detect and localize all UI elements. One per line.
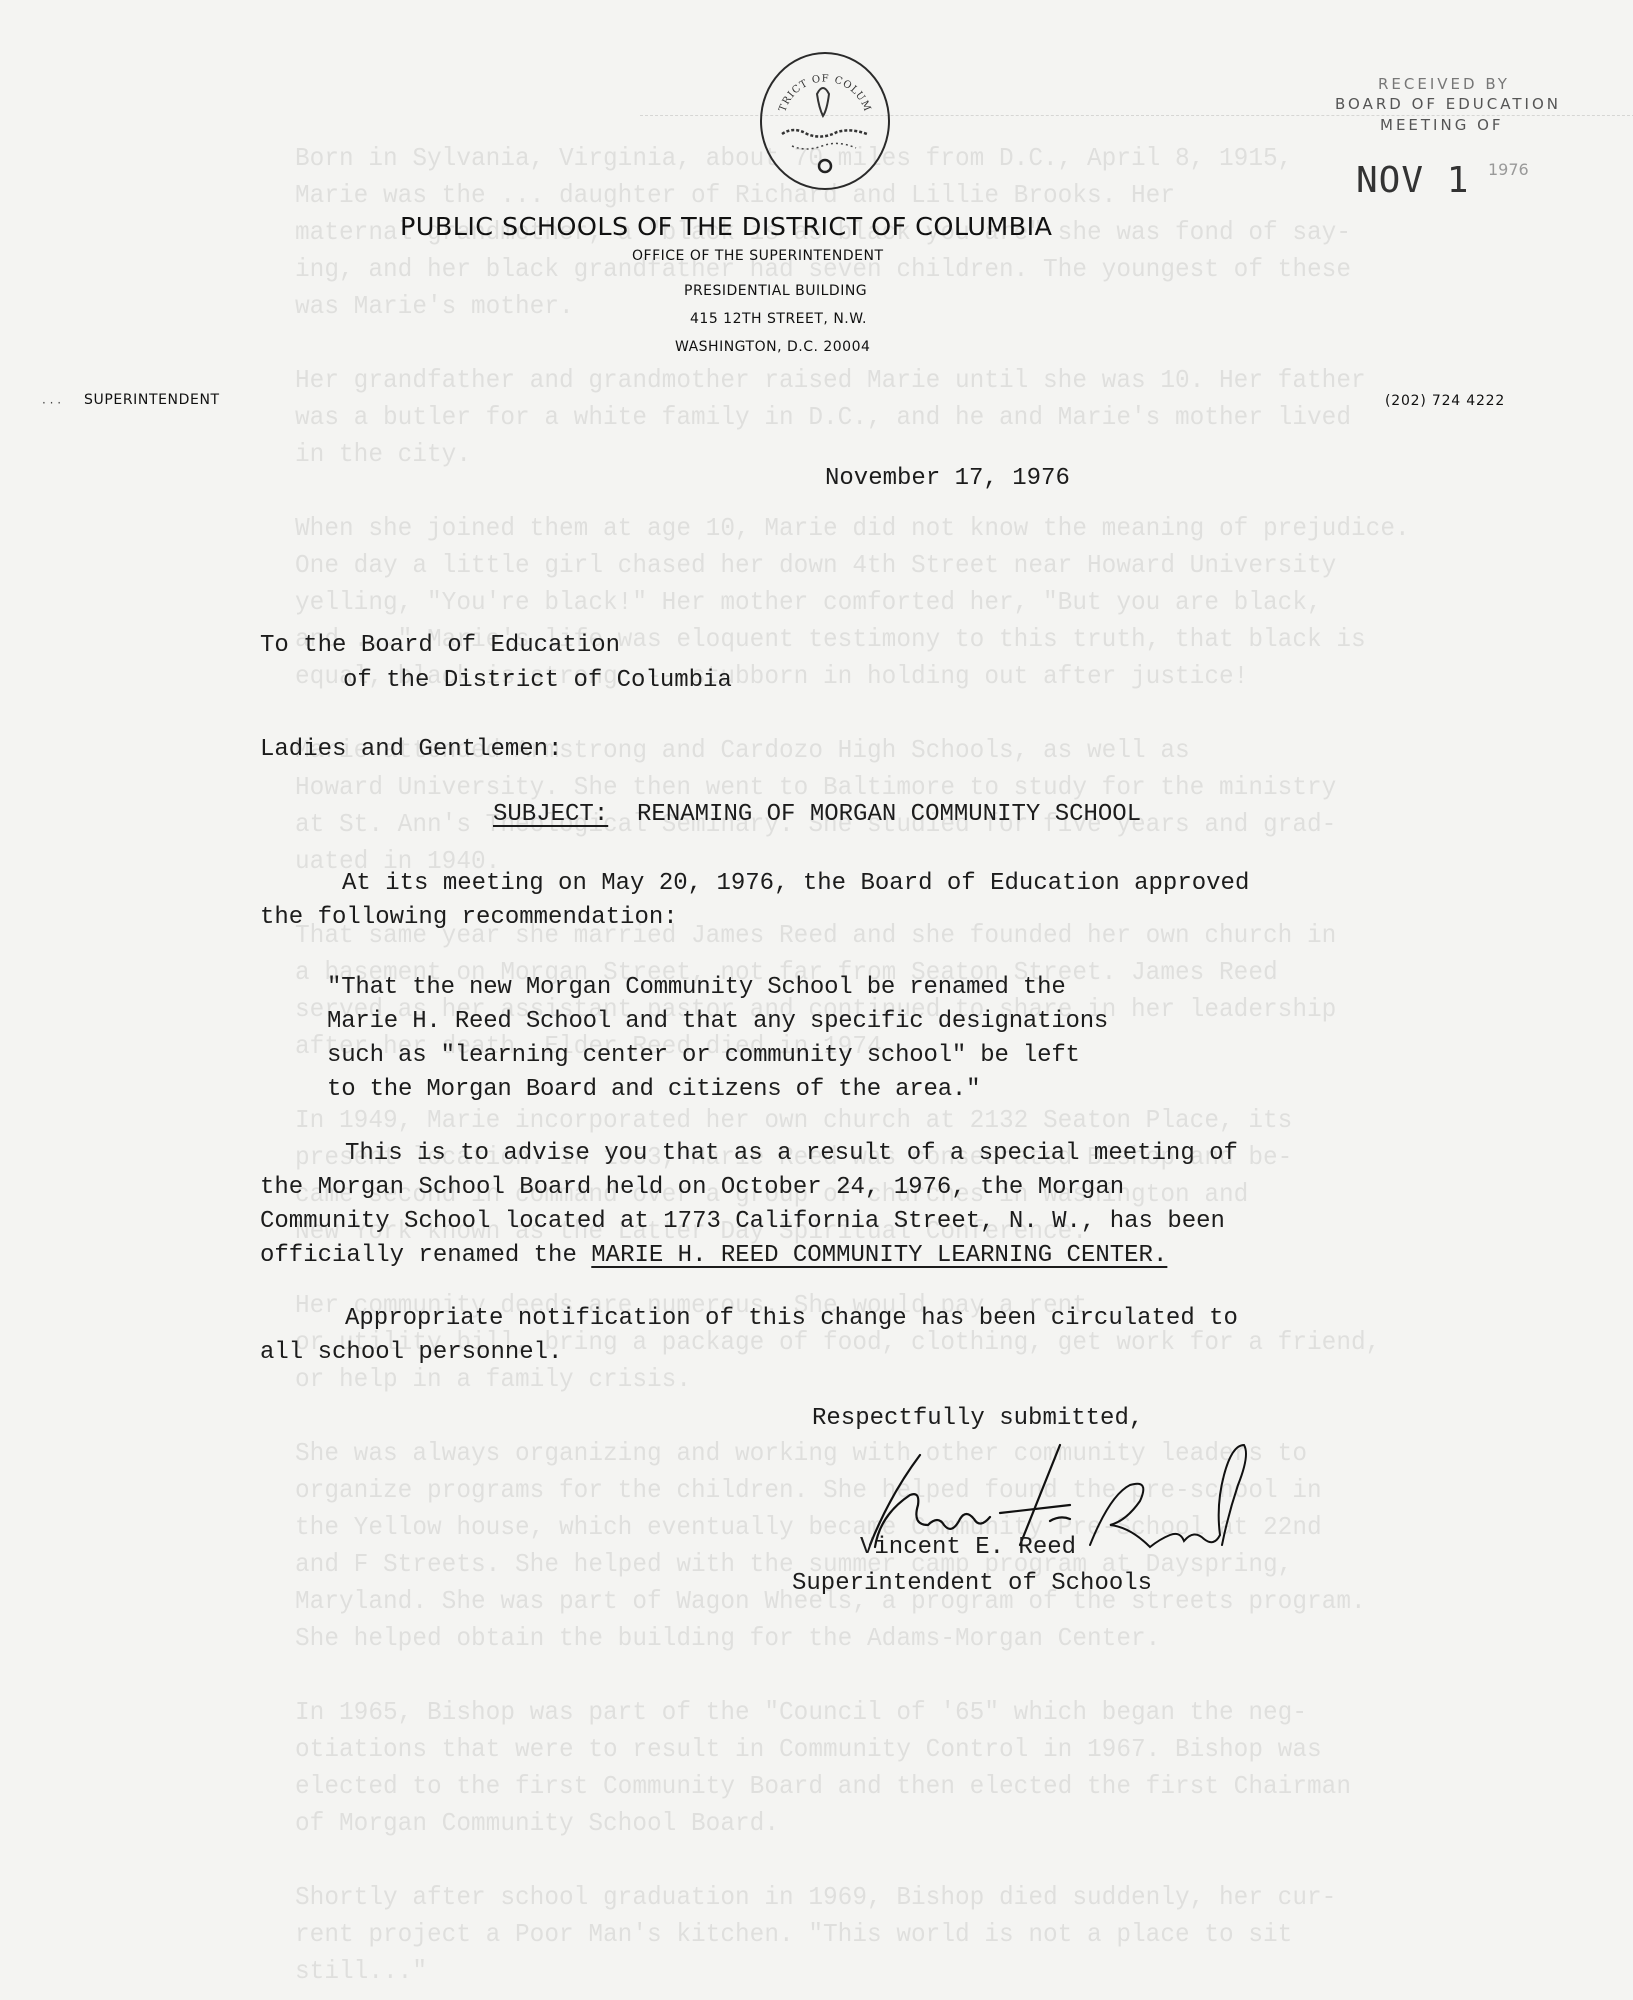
margin-marks: · · · [42, 396, 61, 410]
signer-name: Vincent E. Reed [860, 1534, 1076, 1561]
svg-text:DISTRICT OF COLUMBIA: DISTRICT OF COLUMBIA [762, 54, 873, 114]
letterhead-superintendent-label: SUPERINTENDENT [84, 392, 220, 408]
paragraph-2-line-4-text: officially renamed the [260, 1242, 591, 1269]
subject-label: SUBJECT: [493, 801, 608, 828]
letter-date: November 17, 1976 [825, 465, 1070, 492]
letterhead-city: WASHINGTON, D.C. 20004 [675, 339, 870, 355]
paragraph-1-line-1: At its meeting on May 20, 1976, the Boar… [342, 870, 1249, 897]
received-stamp-line1: RECEIVED BY [1378, 75, 1510, 93]
paragraph-3-line-2: all school personnel. [260, 1339, 562, 1366]
letter-page: Born in Sylvania, Virginia, about 70 mil… [0, 0, 1633, 2000]
subject-line: SUBJECT: RENAMING OF MORGAN COMMUNITY SC… [493, 801, 1141, 828]
recipient-line-2: of the District of Columbia [343, 667, 732, 694]
salutation: Ladies and Gentlemen: [260, 736, 562, 763]
new-school-name: MARIE H. REED COMMUNITY LEARNING CENTER. [591, 1242, 1167, 1269]
signer-title: Superintendent of Schools [792, 1570, 1152, 1597]
paragraph-1-line-2: the following recommendation: [260, 904, 678, 931]
received-stamp-date: NOV 1 [1356, 160, 1469, 201]
paragraph-2-line-4: officially renamed the MARIE H. REED COM… [260, 1242, 1167, 1269]
received-stamp-year: 1976 [1488, 160, 1529, 179]
letterhead-office: OFFICE OF THE SUPERINTENDENT [632, 248, 884, 264]
paragraph-2-line-2: the Morgan School Board held on October … [260, 1174, 1124, 1201]
quote-line-1: "That the new Morgan Community School be… [327, 974, 1066, 1001]
quote-line-2: Marie H. Reed School and that any specif… [327, 1008, 1108, 1035]
recipient-line-1: To the Board of Education [260, 632, 620, 659]
closing: Respectfully submitted, [812, 1405, 1143, 1432]
letterhead-title: PUBLIC SCHOOLS OF THE DISTRICT OF COLUMB… [400, 212, 1052, 241]
quote-line-4: to the Morgan Board and citizens of the … [327, 1076, 980, 1103]
letterhead-phone: (202) 724 4222 [1385, 393, 1505, 409]
paragraph-2-line-1: This is to advise you that as a result o… [345, 1140, 1238, 1167]
received-stamp-line2: BOARD OF EDUCATION [1335, 95, 1561, 113]
received-stamp-line3: MEETING OF [1380, 116, 1504, 134]
paragraph-2-line-3: Community School located at 1773 Califor… [260, 1208, 1225, 1235]
district-seal-icon: DISTRICT OF COLUMBIA [760, 52, 890, 190]
quote-line-3: such as "learning center or community sc… [327, 1042, 1080, 1069]
subject-text: RENAMING OF MORGAN COMMUNITY SCHOOL [608, 801, 1141, 828]
paragraph-3-line-1: Appropriate notification of this change … [345, 1305, 1238, 1332]
letterhead-building: PRESIDENTIAL BUILDING [684, 283, 867, 299]
letterhead-street: 415 12TH STREET, N.W. [690, 311, 867, 327]
